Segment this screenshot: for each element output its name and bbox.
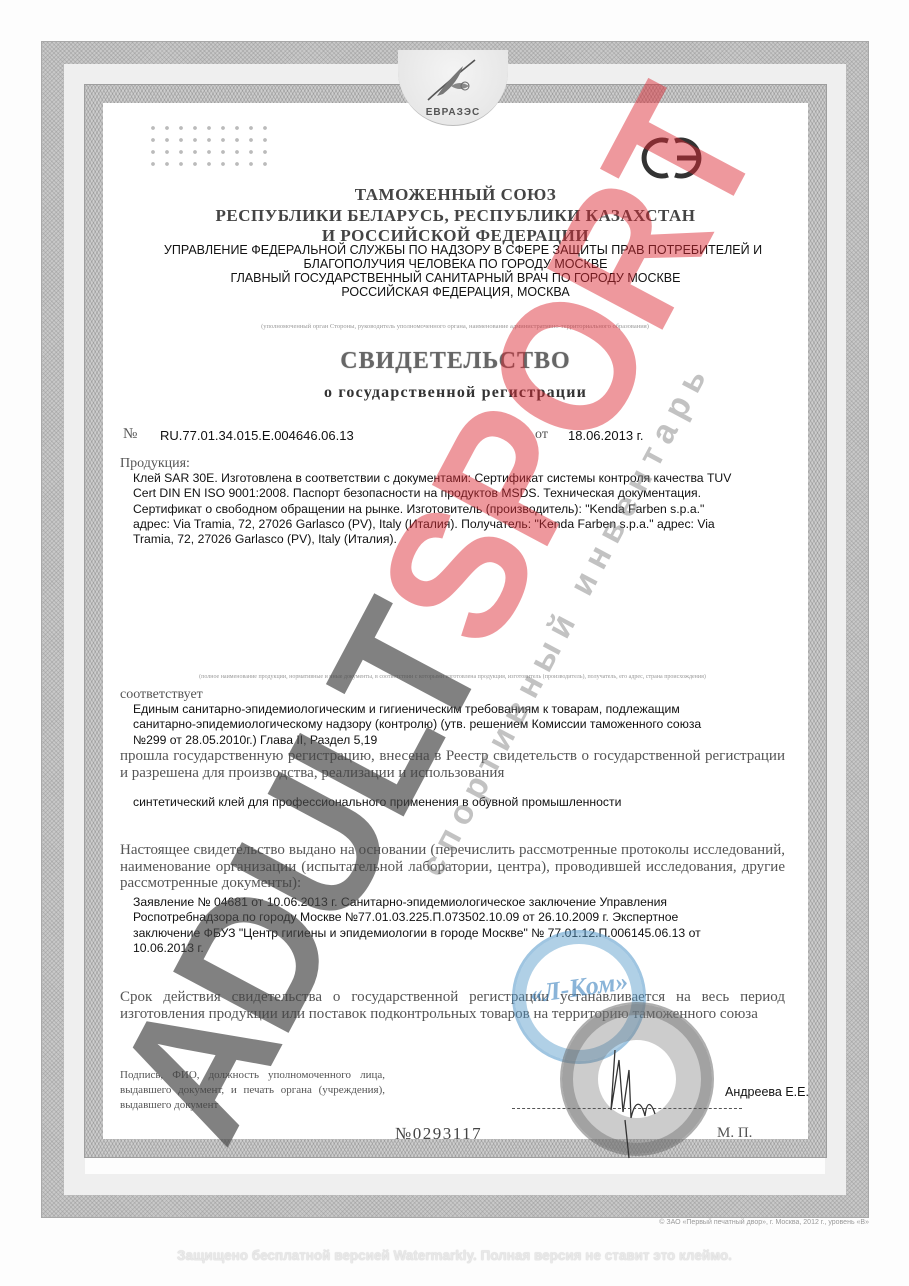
printer-note: © ЗАО «Первый печатный двор», г. Москва,… bbox=[659, 1219, 869, 1226]
form-serial-number: №0293117 bbox=[395, 1124, 482, 1144]
security-dot-pattern bbox=[146, 122, 270, 166]
seal-place-mark: М. П. bbox=[717, 1125, 752, 1142]
emblem-label: ЕВРАЗЭС bbox=[398, 107, 508, 118]
signer-name: Андреева Е.Е. bbox=[725, 1085, 809, 1099]
bird-emblem-icon bbox=[423, 56, 483, 106]
product-label: Продукция: bbox=[120, 456, 190, 472]
registration-number: RU.77.01.34.015.Е.004646.06.13 bbox=[160, 428, 354, 443]
watermarkly-notice: Защищено бесплатной версией Watermarkly.… bbox=[0, 1248, 909, 1263]
conformity-label: соответствует bbox=[120, 687, 203, 703]
number-label: № bbox=[123, 426, 137, 443]
signature-line bbox=[512, 1108, 742, 1109]
signature-icon bbox=[585, 1040, 675, 1160]
eurasec-emblem: ЕВРАЗЭС bbox=[398, 50, 508, 126]
